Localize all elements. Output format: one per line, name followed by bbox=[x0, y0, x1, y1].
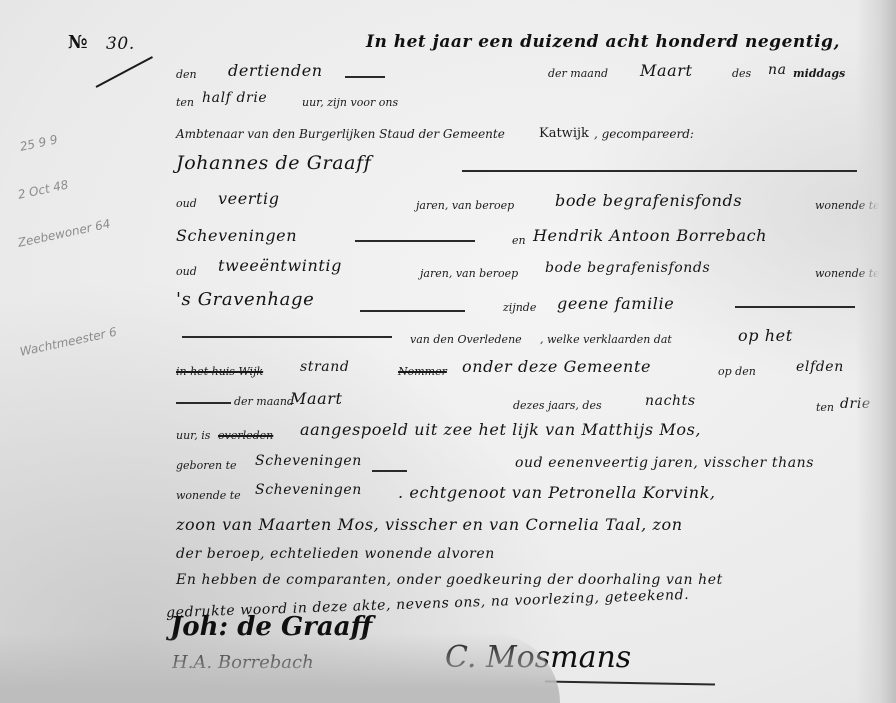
fill-line bbox=[345, 76, 385, 78]
signature-flourish bbox=[545, 681, 715, 686]
fill-line bbox=[372, 470, 407, 472]
fill-line bbox=[182, 336, 392, 338]
field-part-of-day: nachts bbox=[645, 393, 696, 409]
label-ten: ten bbox=[176, 96, 194, 109]
field-month: Maart bbox=[640, 61, 693, 80]
field-municipality-ref: onder deze Gemeente bbox=[462, 357, 651, 376]
label-zijnde: zijnde bbox=[503, 301, 536, 314]
witness1-age: veertig bbox=[218, 189, 280, 208]
field-op-het: op het bbox=[738, 326, 793, 345]
field-time: half drie bbox=[202, 90, 267, 106]
field-na: na bbox=[768, 62, 787, 78]
document-page: № 30. In het jaar een duizend acht honde… bbox=[0, 0, 896, 703]
margin-note: 25 9 9 bbox=[19, 132, 59, 154]
fill-line bbox=[735, 306, 855, 308]
label-jaren-beroep: jaren, van beroep bbox=[416, 199, 514, 212]
fill-line bbox=[462, 170, 857, 172]
label-middags: middags bbox=[793, 67, 845, 80]
struck-text: Nommer bbox=[398, 365, 447, 378]
record-number: 30. bbox=[106, 34, 135, 54]
witness1-occupation: bode begrafenisfonds bbox=[555, 191, 742, 210]
field-residence: Scheveningen bbox=[255, 482, 362, 498]
closing-statement: En hebben de comparanten, onder goedkeur… bbox=[176, 572, 723, 588]
witness2-age: tweeëntwintig bbox=[218, 256, 342, 275]
label-uur-zijn-voor-ons: uur, zijn voor ons bbox=[302, 96, 398, 109]
page-edge-shadow bbox=[856, 0, 896, 703]
label-der-maand: der maand bbox=[234, 395, 294, 408]
field-parents-continued: der beroep, echtelieden wonende alvoren bbox=[176, 546, 495, 562]
struck-text: in het huis Wijk bbox=[176, 365, 263, 378]
witness2-occupation: bode begrafenisfonds bbox=[545, 260, 710, 276]
witness2-name: Hendrik Antoon Borrebach bbox=[533, 226, 767, 245]
label-op-den: op den bbox=[718, 365, 756, 378]
label-van-den-overledene: van den Overledene bbox=[410, 333, 522, 346]
label-uur-is: uur, is bbox=[176, 429, 210, 442]
field-relation: geene familie bbox=[557, 294, 674, 313]
label-wonende-te: wonende te bbox=[176, 489, 241, 502]
label-der-maand: der maand bbox=[548, 67, 608, 80]
witness1-name: Johannes de Graaff bbox=[176, 152, 371, 174]
label-ten: ten bbox=[816, 401, 834, 414]
fill-line bbox=[176, 402, 231, 404]
label-jaren-beroep: jaren, van beroep bbox=[420, 267, 518, 280]
heading-year: In het jaar een duizend acht honderd neg… bbox=[366, 32, 840, 52]
field-place: strand bbox=[300, 359, 349, 375]
fill-line bbox=[360, 310, 465, 312]
label-welke-verklaarden: , welke verklaarden dat bbox=[540, 333, 672, 346]
label-oud: oud bbox=[176, 265, 197, 278]
field-municipality: Katwijk bbox=[539, 126, 589, 141]
label-oud: oud bbox=[176, 197, 197, 210]
page-bottom-shadow bbox=[0, 633, 560, 703]
field-day: dertienden bbox=[228, 61, 323, 80]
field-event-month: Maart bbox=[290, 389, 343, 408]
field-event-description: aangespoeld uit zee het lijk van Matthij… bbox=[300, 420, 701, 439]
struck-text: overleden bbox=[218, 429, 273, 442]
margin-note: Zeebewoner 64 bbox=[17, 217, 112, 250]
field-parents: zoon van Maarten Mos, visscher en van Co… bbox=[176, 515, 683, 534]
margin-note: Wachtmeester 6 bbox=[19, 325, 118, 359]
margin-note: 2 Oct 48 bbox=[17, 177, 70, 201]
witness2-residence: 's Gravenhage bbox=[176, 289, 314, 310]
pen-stroke bbox=[96, 56, 153, 88]
fill-line bbox=[355, 240, 475, 242]
label-geboren-te: geboren te bbox=[176, 459, 237, 472]
label-gecompareerd: , gecompareerd: bbox=[594, 127, 694, 141]
label-en: en bbox=[512, 234, 526, 247]
label-ambtenaar: Ambtenaar van den Burgerlijken Staud der… bbox=[176, 127, 505, 141]
field-age-occupation: oud eenenveertig jaren, visscher thans bbox=[515, 455, 814, 471]
label-des: des bbox=[732, 67, 751, 80]
label-dezes-jaars: dezes jaars, des bbox=[513, 399, 602, 412]
field-birthplace: Scheveningen bbox=[255, 453, 362, 469]
record-number-label: № bbox=[68, 32, 88, 53]
field-event-day: elfden bbox=[796, 359, 844, 375]
witness1-residence: Scheveningen bbox=[176, 226, 297, 245]
field-spouse: . echtgenoot van Petronella Korvink, bbox=[398, 483, 716, 502]
label-den: den bbox=[176, 68, 197, 81]
